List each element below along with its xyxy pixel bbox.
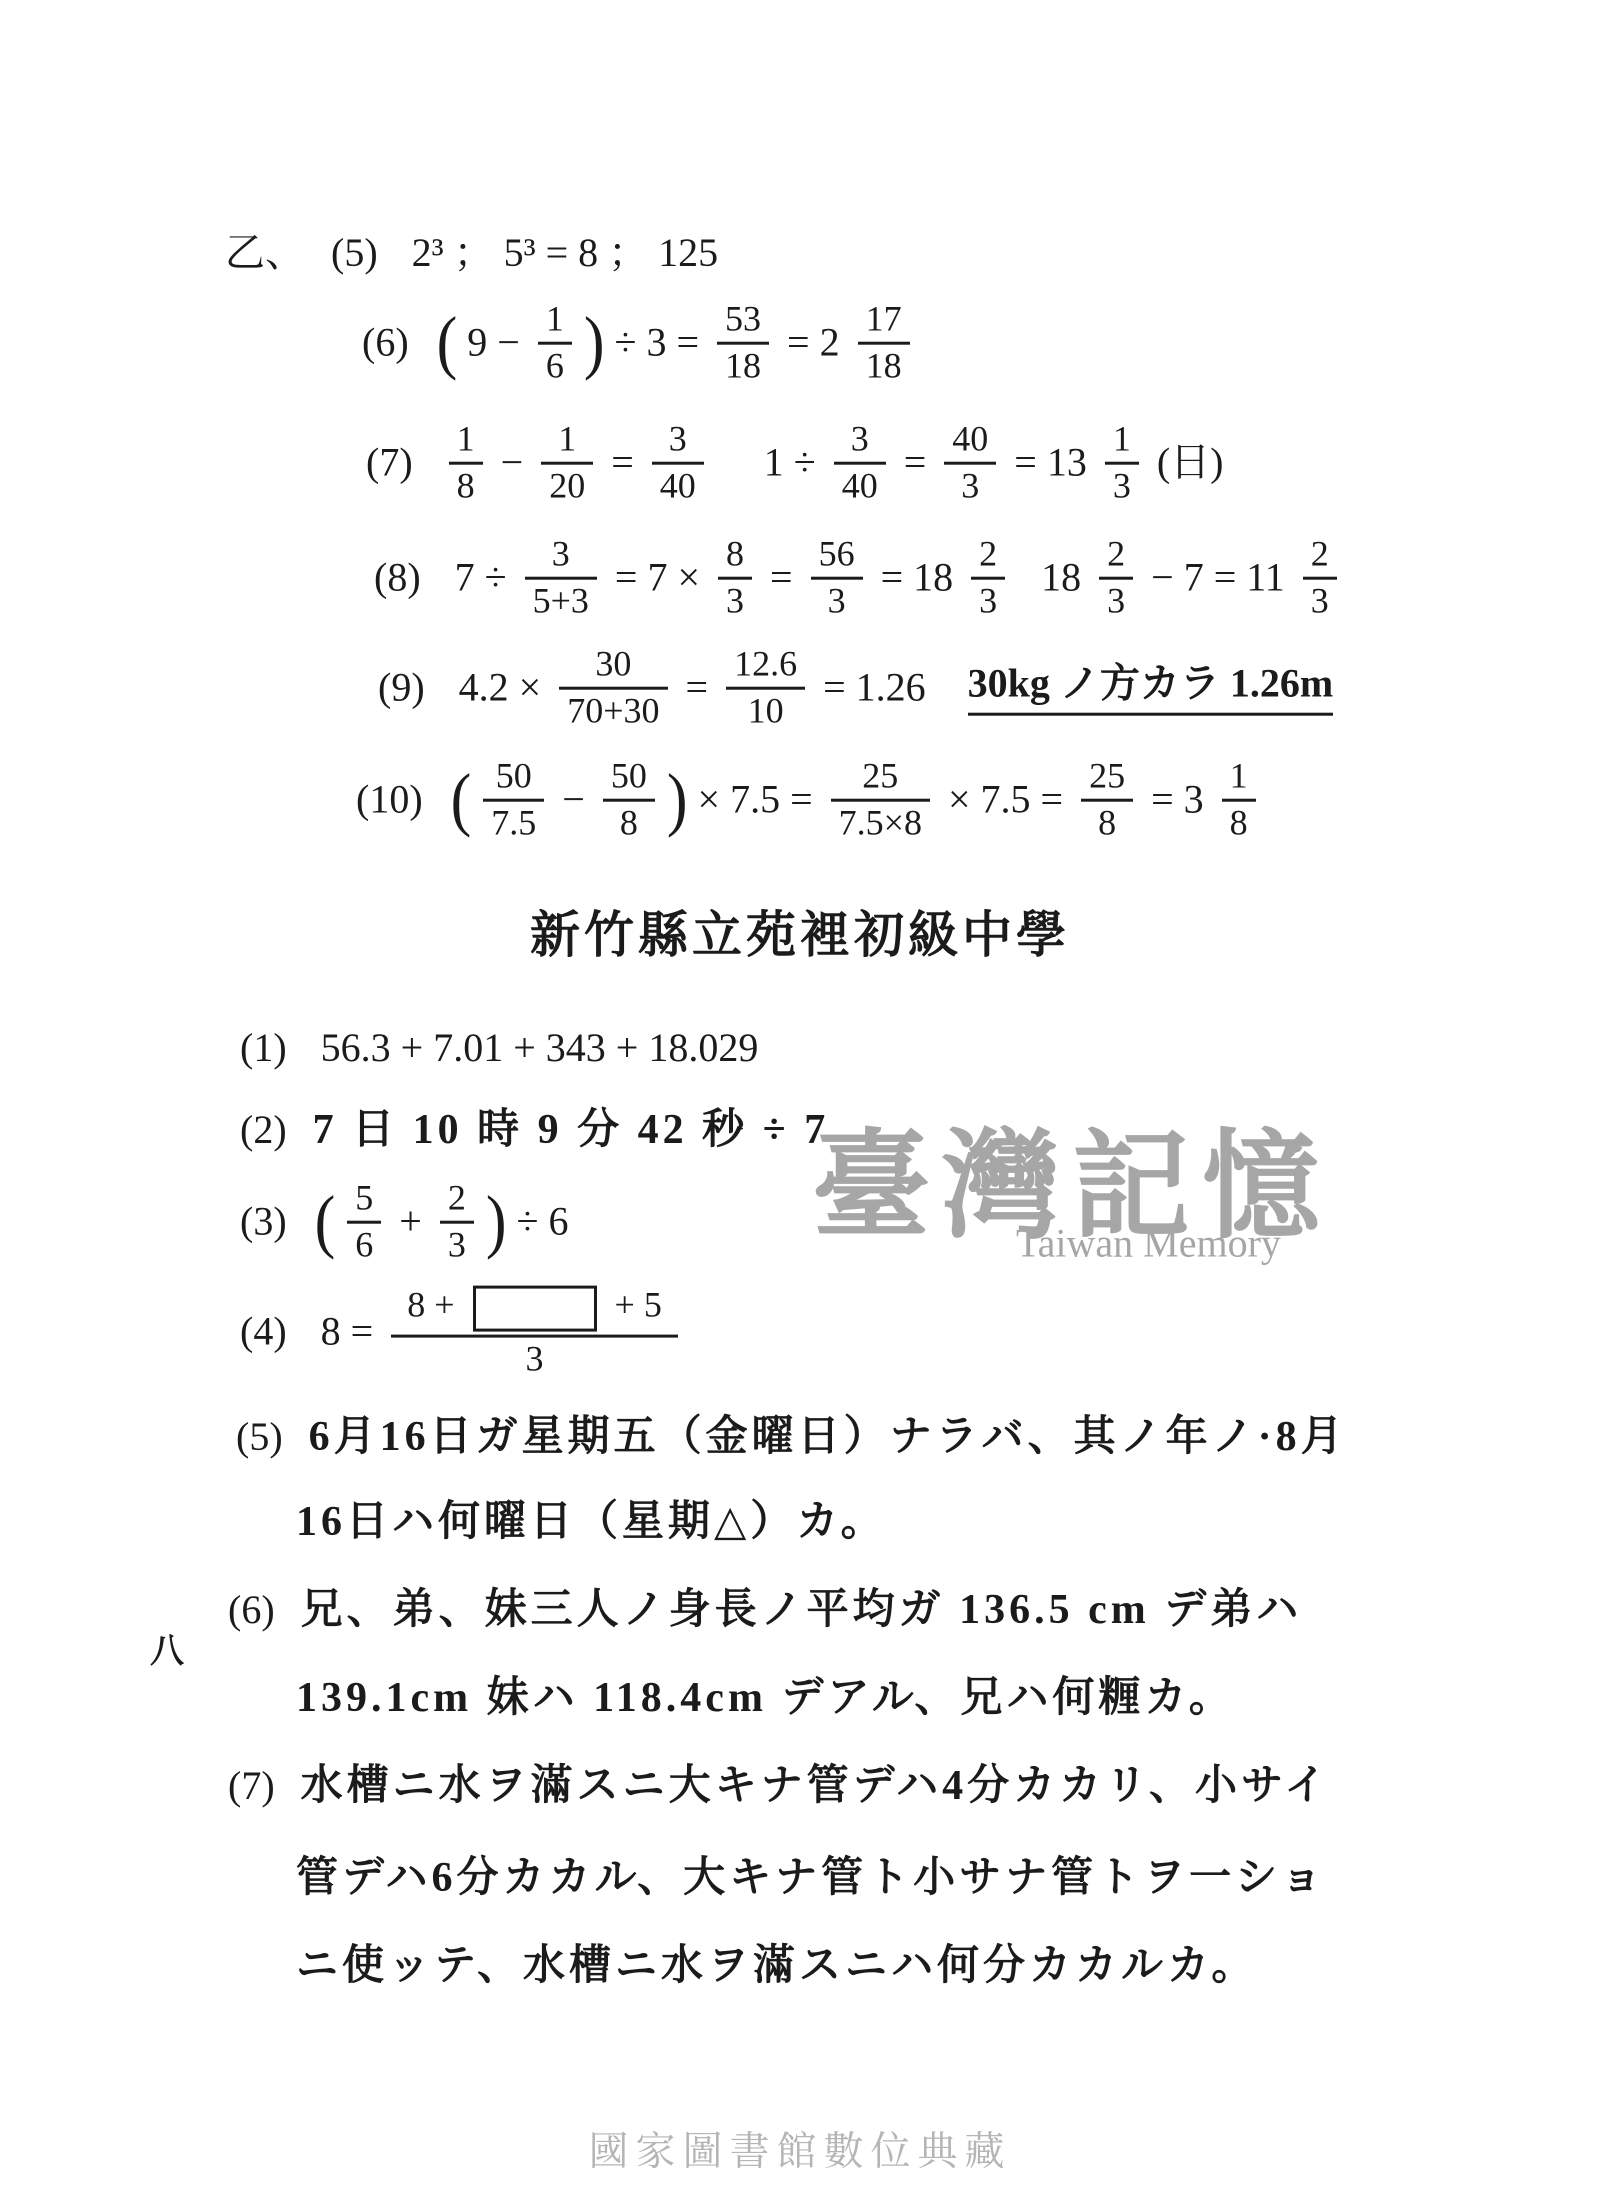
math-text: = 2 <box>787 320 840 366</box>
fraction-denominator: 18 <box>858 345 910 386</box>
math-text: 兄、弟、妹三人ノ身長ノ平均ガ 136.5 cm デ弟ハ <box>301 1586 1303 1634</box>
problem-number: (7) <box>366 440 413 486</box>
problem-s-(6)-line1: (6)兄、弟、妹三人ノ身長ノ平均ガ 136.5 cm デ弟ハ <box>228 1586 1302 1634</box>
problem-s-(7)-line1: (7)水槽ニ水ヲ滿スニ大キナ管デハ4分カカリ、小サイ <box>228 1762 1330 1810</box>
fraction: 56 <box>347 1180 381 1265</box>
fraction: 120 <box>541 421 593 506</box>
fraction-numerator: 25 <box>1081 758 1133 799</box>
problem-number: (6) <box>362 320 409 366</box>
fraction: 16 <box>538 301 572 386</box>
big-paren: ( <box>451 764 472 835</box>
fraction-numerator: 1 <box>449 421 483 462</box>
problem-number: (5) <box>236 1414 283 1460</box>
fraction: 13 <box>1105 421 1139 506</box>
fraction: 257.5×8 <box>831 758 930 843</box>
problem-number: (3) <box>240 1199 287 1245</box>
fraction: 23 <box>1099 536 1133 621</box>
fraction: 1718 <box>858 301 910 386</box>
fraction-numerator: 50 <box>488 758 540 799</box>
spacer <box>1015 578 1033 579</box>
library-footer: 國家圖書館數位典藏 <box>0 2120 1600 2177</box>
fraction: 23 <box>1303 536 1337 621</box>
big-paren: ( <box>315 1186 336 1257</box>
math-text: 9 − <box>467 320 520 366</box>
fraction-numerator: 2 <box>971 536 1005 577</box>
math-text: 7 日 10 時 9 分 42 秒 ÷ 7 <box>313 1106 830 1154</box>
school-section-title: 新竹縣立苑裡初級中學 <box>530 895 1070 967</box>
fraction: 3070+30 <box>559 646 667 731</box>
fraction-numerator: 56 <box>811 536 863 577</box>
big-paren: ( <box>437 307 458 378</box>
fraction: 12.610 <box>726 646 805 731</box>
fraction-denominator: 3 <box>518 1338 552 1379</box>
problem-b-(10): (10)(507.5−508)× 7.5 =257.5×8× 7.5 =258=… <box>356 758 1266 843</box>
problem-b-(9): (9)4.2 ×3070+30=12.610= 1.2630kg ノ方カラ 1.… <box>378 646 1333 731</box>
fraction: 83 <box>718 536 752 621</box>
math-text: × 7.5 = <box>948 777 1063 823</box>
math-text: − 7 = 11 <box>1151 555 1285 601</box>
problem-b-(5): 乙、(5)2³ ； 5³ = 8 ； 125 <box>225 230 726 276</box>
math-text: 1 ÷ <box>764 440 816 486</box>
problem-number: (4) <box>240 1309 287 1355</box>
fraction-denominator: 3 <box>971 580 1005 621</box>
fraction-denominator: 3 <box>1303 580 1337 621</box>
fraction: 23 <box>440 1180 474 1265</box>
problem-number: (10) <box>356 777 423 823</box>
fraction-numerator: 25 <box>854 758 906 799</box>
big-paren: ) <box>584 307 605 378</box>
underlined-answer: 30kg ノ方カラ 1.26m <box>968 661 1334 716</box>
fraction-denominator: 40 <box>652 465 704 506</box>
math-text: ÷ 6 <box>517 1199 569 1245</box>
math-text: 18 <box>1041 555 1081 601</box>
problem-s-(3): (3)(56+23)÷ 6 <box>240 1180 576 1265</box>
fraction: 403 <box>944 421 996 506</box>
math-text: = <box>611 440 634 486</box>
problem-number: (7) <box>228 1763 275 1809</box>
fraction: 340 <box>834 421 886 506</box>
fraction-denominator: 8 <box>1090 802 1124 843</box>
fraction-denominator: 8 <box>612 802 646 843</box>
fraction-denominator: 6 <box>538 345 572 386</box>
fraction-numerator: 3 <box>661 421 695 462</box>
fraction-numerator: 2 <box>440 1180 474 1221</box>
fraction: 35+3 <box>525 536 597 621</box>
fraction-numerator: 12.6 <box>726 646 805 687</box>
math-text: 4.2 × <box>459 665 542 711</box>
spacer <box>714 463 756 464</box>
fraction-denominator: 8 <box>449 465 483 506</box>
fraction-denominator: 40 <box>834 465 886 506</box>
problem-s-(4): (4)8 =8 ++ 53 <box>240 1286 688 1379</box>
fraction-numerator: 2 <box>1303 536 1337 577</box>
math-text: 16日ハ何曜日（星期△）カ。 <box>296 1498 887 1546</box>
fraction-numerator: 3 <box>843 421 877 462</box>
math-text: = 3 <box>1151 777 1204 823</box>
problem-b-(6): (6)(9 −16)÷ 3 =5318= 21718 <box>362 301 920 386</box>
problem-number: (5) <box>331 230 378 276</box>
math-text: × 7.5 = <box>698 777 813 823</box>
fraction-numerator: 8 <box>718 536 752 577</box>
math-text: = <box>904 440 927 486</box>
math-text: = 1.26 <box>823 665 926 711</box>
fraction-numerator: 40 <box>944 421 996 462</box>
fraction: 507.5 <box>483 758 544 843</box>
math-text: − <box>501 440 524 486</box>
watermark-taiwan-memory-latin: Taiwan Memory <box>1016 1220 1281 1267</box>
fraction-denominator: 8 <box>1222 802 1256 843</box>
math-text: 7 ÷ <box>455 555 507 601</box>
margin-page-number: 八 <box>150 1624 184 1673</box>
problem-s-(7)-line2: 管デハ6分カカル、大キナ管ト小サナ管トヲ一ショ <box>296 1854 1326 1902</box>
math-text: + <box>399 1199 422 1245</box>
fraction-denominator: 3 <box>440 1224 474 1265</box>
fraction-denominator: 70+30 <box>559 690 667 731</box>
fraction-denominator: 10 <box>740 690 792 731</box>
fraction-denominator: 7.5×8 <box>831 802 930 843</box>
fraction-denominator: 3 <box>820 580 854 621</box>
problem-number: (2) <box>240 1107 287 1153</box>
fraction-numerator: 53 <box>717 301 769 342</box>
fraction-numerator: 3 <box>544 536 578 577</box>
problem-s-(1): (1)56.3 + 7.01 + 343 + 18.029 <box>240 1025 766 1071</box>
problem-number: (8) <box>374 555 421 601</box>
fraction-numerator: 2 <box>1099 536 1133 577</box>
math-text: = 7 × <box>615 555 700 601</box>
fraction-numerator: 5 <box>347 1180 381 1221</box>
math-text: 水槽ニ水ヲ滿スニ大キナ管デハ4分カカリ、小サイ <box>301 1762 1330 1810</box>
fraction-denominator: 6 <box>347 1224 381 1265</box>
math-text: 8 = <box>321 1309 374 1355</box>
big-paren: ) <box>486 1186 507 1257</box>
spacer <box>934 688 960 689</box>
fraction-denominator: 20 <box>541 465 593 506</box>
problem-s-(7)-line3: ニ使ッテ、水槽ニ水ヲ滿スニハ何分カカルカ。 <box>296 1942 1257 1990</box>
fraction-denominator: 3 <box>1105 465 1139 506</box>
math-text: = <box>770 555 793 601</box>
fraction-denominator: 3 <box>1099 580 1133 621</box>
problem-s-(2): (2)7 日 10 時 9 分 42 秒 ÷ 7 <box>240 1106 829 1154</box>
fraction: 23 <box>971 536 1005 621</box>
math-text: − <box>562 777 585 823</box>
math-text: 139.1cm 妹ハ 118.4cm デアル、兄ハ何糎カ。 <box>296 1674 1235 1722</box>
fraction-denominator: 3 <box>953 465 987 506</box>
problem-number: (9) <box>378 665 425 711</box>
scanned-exam-page: 臺灣記憶 Taiwan Memory 八 新竹縣立苑裡初級中學 國家圖書館數位典… <box>0 0 1600 2200</box>
math-text: + 5 <box>615 1285 662 1325</box>
fraction-denominator: 18 <box>717 345 769 386</box>
fraction: 258 <box>1081 758 1133 843</box>
problem-s-(6)-line2: 139.1cm 妹ハ 118.4cm デアル、兄ハ何糎カ。 <box>296 1674 1235 1722</box>
fraction-numerator: 17 <box>858 301 910 342</box>
section-b-label: 乙、 <box>225 230 305 276</box>
fraction-denominator: 5+3 <box>525 580 597 621</box>
fraction: 340 <box>652 421 704 506</box>
fraction: 18 <box>1222 758 1256 843</box>
fraction-denominator: 7.5 <box>483 802 544 843</box>
math-text: 2³ ； 5³ = 8 ； 125 <box>412 230 719 276</box>
big-paren: ) <box>667 764 688 835</box>
problem-b-(8): (8)7 ÷35+3= 7 ×83=563= 18231823− 7 = 112… <box>374 536 1347 621</box>
fraction-denominator: 3 <box>718 580 752 621</box>
math-text: 8 + <box>407 1285 454 1325</box>
math-text: 管デハ6分カカル、大キナ管ト小サナ管トヲ一ショ <box>296 1854 1326 1902</box>
fraction: 5318 <box>717 301 769 386</box>
problem-number: (6) <box>228 1587 275 1633</box>
problem-s-(5)-line1: (5)6月16日ガ星期五（金曜日）ナラバ、其ノ年ノ·8月 <box>236 1413 1347 1461</box>
fraction-numerator: 8 ++ 5 <box>391 1286 678 1335</box>
fraction-numerator: 1 <box>1222 758 1256 799</box>
fraction-numerator: 1 <box>550 421 584 462</box>
math-text: = <box>686 665 709 711</box>
fraction-numerator: 1 <box>1105 421 1139 462</box>
math-text: 56.3 + 7.01 + 343 + 18.029 <box>321 1025 759 1071</box>
math-text: = 18 <box>881 555 954 601</box>
math-text: ÷ 3 = <box>615 320 700 366</box>
problem-s-(5)-line2: 16日ハ何曜日（星期△）カ。 <box>296 1498 887 1546</box>
fraction: 8 ++ 53 <box>391 1286 678 1379</box>
fraction-numerator: 50 <box>603 758 655 799</box>
fraction-numerator: 1 <box>538 301 572 342</box>
problem-number: (1) <box>240 1025 287 1071</box>
fraction: 563 <box>811 536 863 621</box>
math-text: (日) <box>1157 440 1224 486</box>
blank-answer-box <box>473 1286 597 1332</box>
fraction: 508 <box>603 758 655 843</box>
problem-b-(7): (7)18−120=3401 ÷340=403= 1313(日) <box>366 421 1231 506</box>
math-text: ニ使ッテ、水槽ニ水ヲ滿スニハ何分カカルカ。 <box>296 1942 1257 1990</box>
fraction-numerator: 30 <box>587 646 639 687</box>
math-text: 6月16日ガ星期五（金曜日）ナラバ、其ノ年ノ·8月 <box>309 1413 1347 1461</box>
math-text: = 13 <box>1014 440 1087 486</box>
fraction: 18 <box>449 421 483 506</box>
